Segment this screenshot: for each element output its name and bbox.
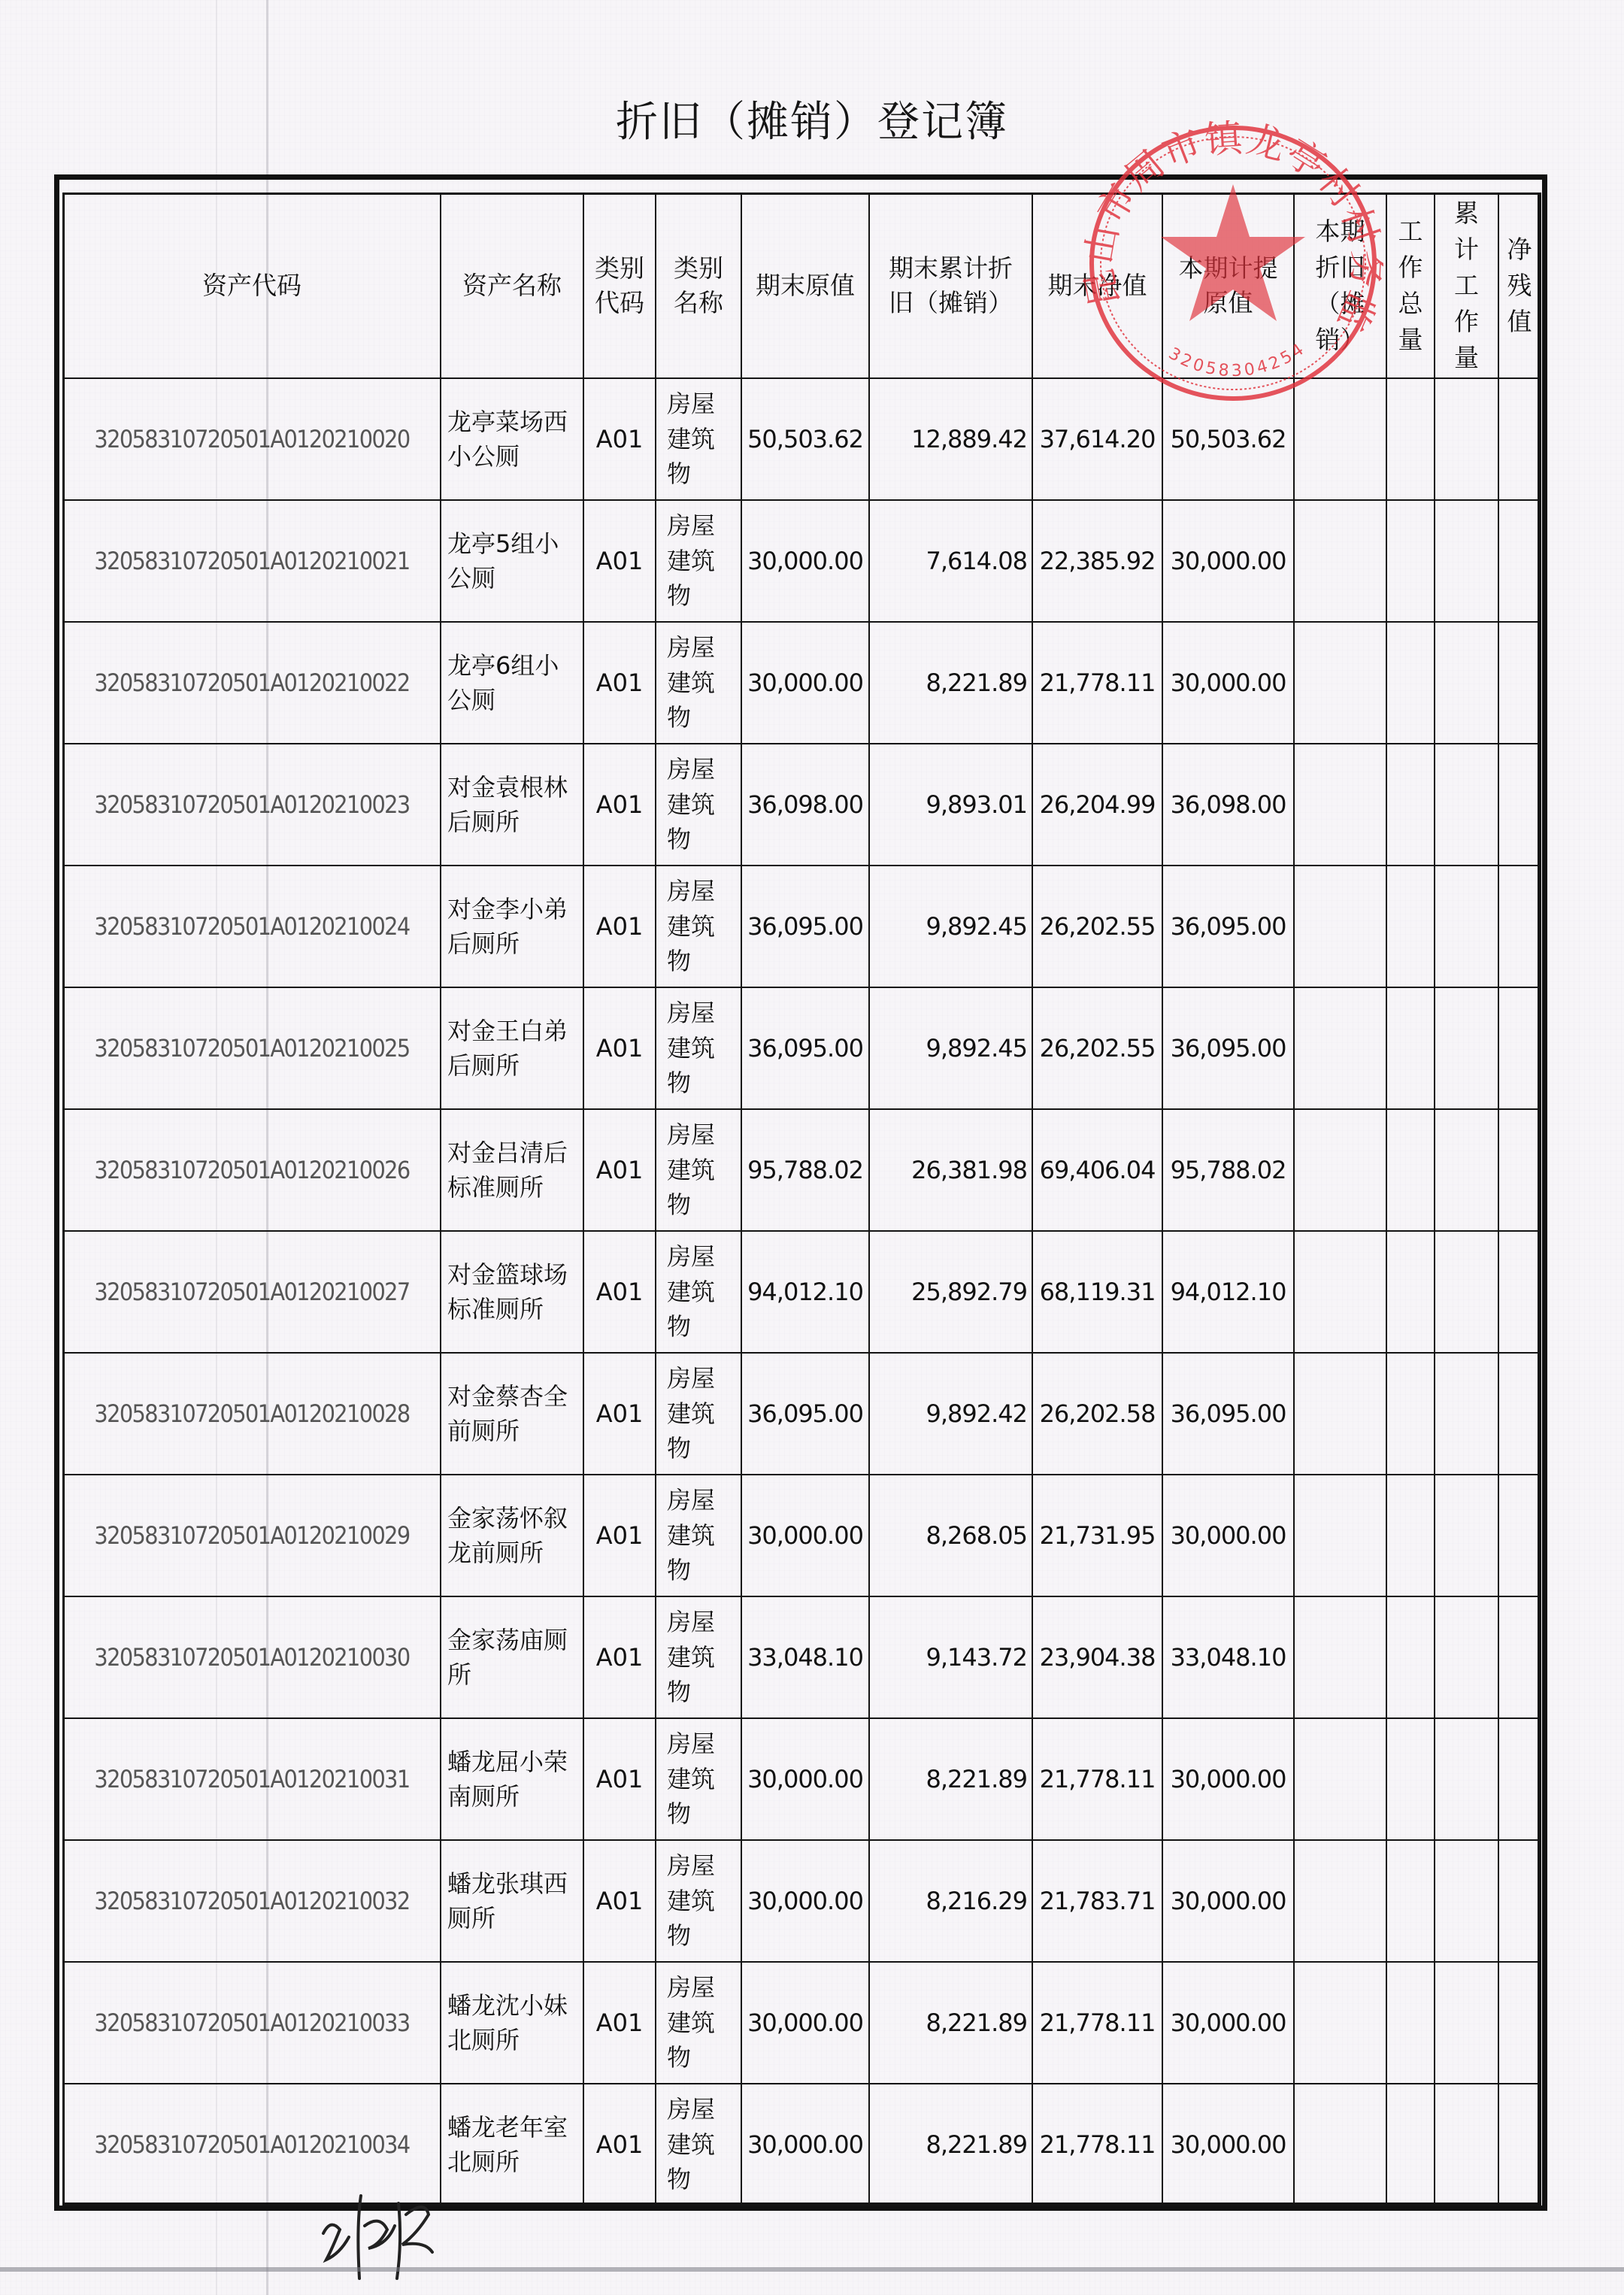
total-workload-cell xyxy=(1386,500,1435,622)
total-workload-cell xyxy=(1386,1840,1435,1962)
table-row: 32058310720501A0120210028对金蔡杏全前厕所A01房屋建筑… xyxy=(63,1353,1541,1475)
accumulated-workload-cell xyxy=(1435,1353,1498,1475)
net-salvage-value-cell xyxy=(1498,1840,1541,1962)
table-row: 32058310720501A0120210020龙亭菜场西小公厕A01房屋建筑… xyxy=(63,378,1541,500)
total-workload-cell xyxy=(1386,1596,1435,1718)
accumulated-depreciation-cell: 9,892.45 xyxy=(869,866,1032,987)
period-base-value-cell: 30,000.00 xyxy=(1162,1718,1294,1840)
period-base-value-cell: 30,000.00 xyxy=(1162,500,1294,622)
period-depreciation-cell xyxy=(1294,1109,1386,1231)
ending-original-value-cell: 30,000.00 xyxy=(741,1962,869,2084)
accumulated-depreciation-cell: 7,614.08 xyxy=(869,500,1032,622)
accumulated-depreciation-cell: 9,892.42 xyxy=(869,1353,1032,1475)
ending-original-value-cell: 36,095.00 xyxy=(741,1353,869,1475)
category-name-cell: 房屋建筑物 xyxy=(656,1231,741,1353)
document-title: 折旧（摊销）登记簿 xyxy=(0,89,1624,149)
category-name-cell: 房屋建筑物 xyxy=(656,1596,741,1718)
asset-name-cell: 对金吕清后标准厕所 xyxy=(441,1109,583,1231)
asset-name-cell: 金家荡怀叙龙前厕所 xyxy=(441,1475,583,1596)
header-row: 资产代码 资产名称 类别代码 类别名称 期末原值 期末累计折旧（摊销） 期末净值… xyxy=(63,193,1541,378)
ending-net-value-cell: 22,385.92 xyxy=(1032,500,1162,622)
category-code-cell: A01 xyxy=(583,1109,656,1231)
asset-name-cell: 对金李小弟后厕所 xyxy=(441,866,583,987)
asset-name-cell: 对金蔡杏全前厕所 xyxy=(441,1353,583,1475)
category-code-cell: A01 xyxy=(583,378,656,500)
total-workload-cell xyxy=(1386,2084,1435,2206)
net-salvage-value-cell xyxy=(1498,866,1541,987)
category-code-cell: A01 xyxy=(583,2084,656,2206)
accumulated-workload-cell xyxy=(1435,1475,1498,1596)
category-name-cell: 房屋建筑物 xyxy=(656,1962,741,2084)
period-base-value-cell: 30,000.00 xyxy=(1162,1840,1294,1962)
ending-original-value-cell: 30,000.00 xyxy=(741,1475,869,1596)
period-base-value-cell: 95,788.02 xyxy=(1162,1109,1294,1231)
period-base-value-cell: 36,095.00 xyxy=(1162,866,1294,987)
accumulated-workload-cell xyxy=(1435,987,1498,1109)
col-header-net-salvage-value: 净残值 xyxy=(1498,193,1541,378)
ending-net-value-cell: 37,614.20 xyxy=(1032,378,1162,500)
category-name-cell: 房屋建筑物 xyxy=(656,1109,741,1231)
ending-net-value-cell: 21,778.11 xyxy=(1032,2084,1162,2206)
ending-original-value-cell: 36,095.00 xyxy=(741,866,869,987)
total-workload-cell xyxy=(1386,1109,1435,1231)
table-row: 32058310720501A0120210032蟠龙张琪西厕所A01房屋建筑物… xyxy=(63,1840,1541,1962)
category-code-cell: A01 xyxy=(583,500,656,622)
asset-code-cell: 32058310720501A0120210030 xyxy=(63,1596,441,1718)
ending-original-value-cell: 36,095.00 xyxy=(741,987,869,1109)
accumulated-workload-cell xyxy=(1435,500,1498,622)
ending-net-value-cell: 21,778.11 xyxy=(1032,1718,1162,1840)
total-workload-cell xyxy=(1386,1353,1435,1475)
col-header-asset-code: 资产代码 xyxy=(63,193,441,378)
asset-name-cell: 龙亭6组小公厕 xyxy=(441,622,583,744)
asset-name-cell: 蟠龙张琪西厕所 xyxy=(441,1840,583,1962)
accumulated-workload-cell xyxy=(1435,1231,1498,1353)
total-workload-cell xyxy=(1386,378,1435,500)
category-name-cell: 房屋建筑物 xyxy=(656,1718,741,1840)
category-name-cell: 房屋建筑物 xyxy=(656,378,741,500)
asset-code-cell: 32058310720501A0120210028 xyxy=(63,1353,441,1475)
accumulated-workload-cell xyxy=(1435,866,1498,987)
ending-original-value-cell: 30,000.00 xyxy=(741,1840,869,1962)
category-code-cell: A01 xyxy=(583,1475,656,1596)
col-header-period-depreciation: 本期折旧（摊销） xyxy=(1294,193,1386,378)
asset-code-cell: 32058310720501A0120210026 xyxy=(63,1109,441,1231)
col-header-total-workload: 工作总量 xyxy=(1386,193,1435,378)
category-code-cell: A01 xyxy=(583,866,656,987)
accumulated-depreciation-cell: 9,143.72 xyxy=(869,1596,1032,1718)
net-salvage-value-cell xyxy=(1498,987,1541,1109)
col-header-asset-name: 资产名称 xyxy=(441,193,583,378)
scan-bottom-edge xyxy=(0,2267,1624,2272)
net-salvage-value-cell xyxy=(1498,2084,1541,2206)
category-name-cell: 房屋建筑物 xyxy=(656,2084,741,2206)
asset-code-cell: 32058310720501A0120210032 xyxy=(63,1840,441,1962)
ending-original-value-cell: 50,503.62 xyxy=(741,378,869,500)
period-depreciation-cell xyxy=(1294,866,1386,987)
net-salvage-value-cell xyxy=(1498,1353,1541,1475)
accumulated-depreciation-cell: 9,893.01 xyxy=(869,744,1032,866)
period-depreciation-cell xyxy=(1294,1840,1386,1962)
asset-code-cell: 32058310720501A0120210034 xyxy=(63,2084,441,2206)
ending-net-value-cell: 26,204.99 xyxy=(1032,744,1162,866)
ending-net-value-cell: 21,783.71 xyxy=(1032,1840,1162,1962)
period-base-value-cell: 36,095.00 xyxy=(1162,987,1294,1109)
net-salvage-value-cell xyxy=(1498,1718,1541,1840)
total-workload-cell xyxy=(1386,1718,1435,1840)
accumulated-workload-cell xyxy=(1435,2084,1498,2206)
accumulated-workload-cell xyxy=(1435,1718,1498,1840)
accumulated-depreciation-cell: 26,381.98 xyxy=(869,1109,1032,1231)
asset-code-cell: 32058310720501A0120210029 xyxy=(63,1475,441,1596)
table-row: 32058310720501A0120210029金家荡怀叙龙前厕所A01房屋建… xyxy=(63,1475,1541,1596)
asset-name-cell: 蟠龙沈小妹北厕所 xyxy=(441,1962,583,2084)
depreciation-ledger-table: 资产代码 资产名称 类别代码 类别名称 期末原值 期末累计折旧（摊销） 期末净值… xyxy=(62,193,1541,2206)
period-depreciation-cell xyxy=(1294,1962,1386,2084)
ending-net-value-cell: 26,202.55 xyxy=(1032,866,1162,987)
accumulated-depreciation-cell: 8,221.89 xyxy=(869,1718,1032,1840)
table-row: 32058310720501A0120210023对金袁根林后厕所A01房屋建筑… xyxy=(63,744,1541,866)
period-depreciation-cell xyxy=(1294,1718,1386,1840)
net-salvage-value-cell xyxy=(1498,1962,1541,2084)
category-name-cell: 房屋建筑物 xyxy=(656,500,741,622)
asset-name-cell: 龙亭5组小公厕 xyxy=(441,500,583,622)
category-name-cell: 房屋建筑物 xyxy=(656,1353,741,1475)
table-row: 32058310720501A0120210026对金吕清后标准厕所A01房屋建… xyxy=(63,1109,1541,1231)
col-header-ending-net-value: 期末净值 xyxy=(1032,193,1162,378)
col-header-ending-original-value: 期末原值 xyxy=(741,193,869,378)
net-salvage-value-cell xyxy=(1498,622,1541,744)
ending-net-value-cell: 21,778.11 xyxy=(1032,622,1162,744)
asset-code-cell: 32058310720501A0120210033 xyxy=(63,1962,441,2084)
ending-net-value-cell: 21,731.95 xyxy=(1032,1475,1162,1596)
asset-code-cell: 32058310720501A0120210023 xyxy=(63,744,441,866)
accumulated-workload-cell xyxy=(1435,1962,1498,2084)
net-salvage-value-cell xyxy=(1498,1231,1541,1353)
asset-name-cell: 蟠龙屈小荣南厕所 xyxy=(441,1718,583,1840)
net-salvage-value-cell xyxy=(1498,744,1541,866)
period-base-value-cell: 30,000.00 xyxy=(1162,2084,1294,2206)
accumulated-depreciation-cell: 8,221.89 xyxy=(869,622,1032,744)
asset-name-cell: 龙亭菜场西小公厕 xyxy=(441,378,583,500)
ending-original-value-cell: 30,000.00 xyxy=(741,1718,869,1840)
table-row: 32058310720501A0120210027对金篮球场标准厕所A01房屋建… xyxy=(63,1231,1541,1353)
ending-original-value-cell: 30,000.00 xyxy=(741,500,869,622)
accumulated-depreciation-cell: 12,889.42 xyxy=(869,378,1032,500)
period-base-value-cell: 36,098.00 xyxy=(1162,744,1294,866)
ending-original-value-cell: 94,012.10 xyxy=(741,1231,869,1353)
period-depreciation-cell xyxy=(1294,987,1386,1109)
period-depreciation-cell xyxy=(1294,2084,1386,2206)
table-row: 32058310720501A0120210034蟠龙老年室北厕所A01房屋建筑… xyxy=(63,2084,1541,2206)
asset-name-cell: 对金篮球场标准厕所 xyxy=(441,1231,583,1353)
accumulated-workload-cell xyxy=(1435,622,1498,744)
col-header-accumulated-workload: 累计工作量 xyxy=(1435,193,1498,378)
ending-original-value-cell: 33,048.10 xyxy=(741,1596,869,1718)
net-salvage-value-cell xyxy=(1498,500,1541,622)
asset-name-cell: 对金王白弟后厕所 xyxy=(441,987,583,1109)
category-code-cell: A01 xyxy=(583,987,656,1109)
period-depreciation-cell xyxy=(1294,1596,1386,1718)
table-row: 32058310720501A0120210031蟠龙屈小荣南厕所A01房屋建筑… xyxy=(63,1718,1541,1840)
ending-net-value-cell: 26,202.55 xyxy=(1032,987,1162,1109)
accumulated-depreciation-cell: 8,221.89 xyxy=(869,2084,1032,2206)
period-base-value-cell: 33,048.10 xyxy=(1162,1596,1294,1718)
total-workload-cell xyxy=(1386,622,1435,744)
ending-net-value-cell: 21,778.11 xyxy=(1032,1962,1162,2084)
category-code-cell: A01 xyxy=(583,1962,656,2084)
total-workload-cell xyxy=(1386,1231,1435,1353)
period-depreciation-cell xyxy=(1294,622,1386,744)
table-row: 32058310720501A0120210024对金李小弟后厕所A01房屋建筑… xyxy=(63,866,1541,987)
ending-original-value-cell: 30,000.00 xyxy=(741,2084,869,2206)
accumulated-workload-cell xyxy=(1435,744,1498,866)
col-header-accumulated-depreciation: 期末累计折旧（摊销） xyxy=(869,193,1032,378)
total-workload-cell xyxy=(1386,987,1435,1109)
total-workload-cell xyxy=(1386,744,1435,866)
table-row: 32058310720501A0120210025对金王白弟后厕所A01房屋建筑… xyxy=(63,987,1541,1109)
category-code-cell: A01 xyxy=(583,1596,656,1718)
table-row: 32058310720501A0120210022龙亭6组小公厕A01房屋建筑物… xyxy=(63,622,1541,744)
net-salvage-value-cell xyxy=(1498,1475,1541,1596)
total-workload-cell xyxy=(1386,866,1435,987)
ending-original-value-cell: 36,098.00 xyxy=(741,744,869,866)
asset-name-cell: 金家荡庙厕所 xyxy=(441,1596,583,1718)
period-depreciation-cell xyxy=(1294,1353,1386,1475)
category-code-cell: A01 xyxy=(583,622,656,744)
asset-code-cell: 32058310720501A0120210031 xyxy=(63,1718,441,1840)
table-row: 32058310720501A0120210033蟠龙沈小妹北厕所A01房屋建筑… xyxy=(63,1962,1541,2084)
category-code-cell: A01 xyxy=(583,1840,656,1962)
period-depreciation-cell xyxy=(1294,500,1386,622)
col-header-period-base-value: 本期计提原值 xyxy=(1162,193,1294,378)
accumulated-workload-cell xyxy=(1435,1109,1498,1231)
ending-original-value-cell: 95,788.02 xyxy=(741,1109,869,1231)
accumulated-depreciation-cell: 8,268.05 xyxy=(869,1475,1032,1596)
asset-code-cell: 32058310720501A0120210021 xyxy=(63,500,441,622)
period-base-value-cell: 50,503.62 xyxy=(1162,378,1294,500)
category-code-cell: A01 xyxy=(583,1231,656,1353)
ending-net-value-cell: 69,406.04 xyxy=(1032,1109,1162,1231)
period-base-value-cell: 94,012.10 xyxy=(1162,1231,1294,1353)
table-row: 32058310720501A0120210021龙亭5组小公厕A01房屋建筑物… xyxy=(63,500,1541,622)
net-salvage-value-cell xyxy=(1498,1596,1541,1718)
period-base-value-cell: 36,095.00 xyxy=(1162,1353,1294,1475)
ending-original-value-cell: 30,000.00 xyxy=(741,622,869,744)
net-salvage-value-cell xyxy=(1498,378,1541,500)
col-header-category-code: 类别代码 xyxy=(583,193,656,378)
asset-code-cell: 32058310720501A0120210020 xyxy=(63,378,441,500)
category-name-cell: 房屋建筑物 xyxy=(656,1840,741,1962)
period-depreciation-cell xyxy=(1294,1231,1386,1353)
col-header-category-name: 类别名称 xyxy=(656,193,741,378)
total-workload-cell xyxy=(1386,1962,1435,2084)
asset-code-cell: 32058310720501A0120210022 xyxy=(63,622,441,744)
period-depreciation-cell xyxy=(1294,1475,1386,1596)
accumulated-workload-cell xyxy=(1435,378,1498,500)
table-row: 32058310720501A0120210030金家荡庙厕所A01房屋建筑物3… xyxy=(63,1596,1541,1718)
asset-name-cell: 对金袁根林后厕所 xyxy=(441,744,583,866)
accumulated-depreciation-cell: 8,221.89 xyxy=(869,1962,1032,2084)
asset-code-cell: 32058310720501A0120210024 xyxy=(63,866,441,987)
ending-net-value-cell: 26,202.58 xyxy=(1032,1353,1162,1475)
total-workload-cell xyxy=(1386,1475,1435,1596)
category-name-cell: 房屋建筑物 xyxy=(656,744,741,866)
asset-name-cell: 蟠龙老年室北厕所 xyxy=(441,2084,583,2206)
category-name-cell: 房屋建筑物 xyxy=(656,1475,741,1596)
period-base-value-cell: 30,000.00 xyxy=(1162,622,1294,744)
asset-code-cell: 32058310720501A0120210027 xyxy=(63,1231,441,1353)
period-depreciation-cell xyxy=(1294,378,1386,500)
accumulated-depreciation-cell: 25,892.79 xyxy=(869,1231,1032,1353)
asset-code-cell: 32058310720501A0120210025 xyxy=(63,987,441,1109)
category-code-cell: A01 xyxy=(583,744,656,866)
accumulated-workload-cell xyxy=(1435,1840,1498,1962)
category-name-cell: 房屋建筑物 xyxy=(656,987,741,1109)
category-code-cell: A01 xyxy=(583,1718,656,1840)
ending-net-value-cell: 23,904.38 xyxy=(1032,1596,1162,1718)
period-depreciation-cell xyxy=(1294,744,1386,866)
period-base-value-cell: 30,000.00 xyxy=(1162,1962,1294,2084)
category-code-cell: A01 xyxy=(583,1353,656,1475)
net-salvage-value-cell xyxy=(1498,1109,1541,1231)
category-name-cell: 房屋建筑物 xyxy=(656,622,741,744)
accumulated-depreciation-cell: 8,216.29 xyxy=(869,1840,1032,1962)
period-base-value-cell: 30,000.00 xyxy=(1162,1475,1294,1596)
accumulated-depreciation-cell: 9,892.45 xyxy=(869,987,1032,1109)
ending-net-value-cell: 68,119.31 xyxy=(1032,1231,1162,1353)
accumulated-workload-cell xyxy=(1435,1596,1498,1718)
category-name-cell: 房屋建筑物 xyxy=(656,866,741,987)
